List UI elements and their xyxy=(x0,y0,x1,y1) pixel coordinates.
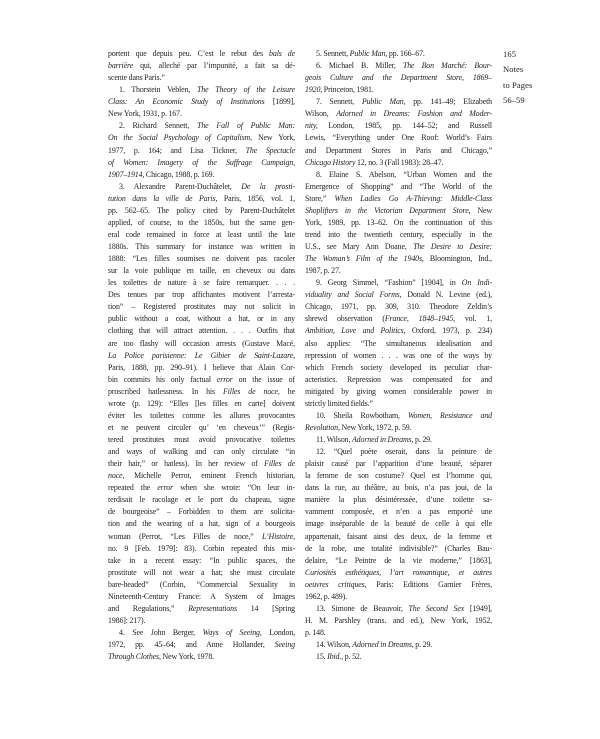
note-text-line: 13. Simone de Beauvoir, The Second Sex [… xyxy=(305,603,492,615)
note-text-line: bin commits his only factual error on th… xyxy=(108,374,295,386)
notes-column-right: 5. Sennett, Public Man, pp. 166–67.6. Mi… xyxy=(305,48,492,663)
note-text-line: Chicago, 1971, pp. 309, 310. Theodore Ze… xyxy=(305,301,492,313)
note-text-line: proscribed hatlessness. In his Filles de… xyxy=(108,386,295,398)
note-text-line: tution dans la ville de Paris, Paris, 18… xyxy=(108,193,295,205)
note-text-line: applied, of course, to the 1850s, but th… xyxy=(108,217,295,229)
book-page: portent que depuis peu. C’est le rebut d… xyxy=(0,0,600,739)
note-text-line: bare-headed” (Corbin, “Commercial Sexual… xyxy=(108,579,295,591)
page-number: 165 xyxy=(503,47,573,62)
note-text-line: et ne peuvent circuler qu’ ‘en cheveux’”… xyxy=(108,422,295,434)
note-text-line: woman (Perrot, “Les Filles de noce,” L’H… xyxy=(108,531,295,543)
note-text-line: tion and the wearing of a hat, sign of a… xyxy=(108,518,295,530)
note-text-line: vamment composée, et n’en a pas emporté … xyxy=(305,506,492,518)
note-text-line: appartenait, faisant ainsi des deux, de … xyxy=(305,531,492,543)
note-text-line: la femme de son costume? Quel est l’homm… xyxy=(305,470,492,482)
note-text-line: Ambition, Love and Politics, Oxford, 197… xyxy=(305,325,492,337)
running-head-line: Notes xyxy=(503,62,573,77)
note-text-line: sur la voie publique en taille, en cheve… xyxy=(108,265,295,277)
note-text-line: 1907–1914, Chicago, 1988, p. 169. xyxy=(108,169,295,181)
note-text-line: 10. Sheila Rowbotham, Women, Resistance … xyxy=(305,410,492,422)
note-text-line: 6. Michael B. Miller, The Bon Marché: Bo… xyxy=(305,60,492,72)
note-text-line: 1977, p. 164; and Lisa Tickner, The Spec… xyxy=(108,145,295,157)
running-head-line: 56–59 xyxy=(503,93,573,108)
note-text-line: 3. Alexandre Parent-Duchâtelet, De la pr… xyxy=(108,181,295,193)
note-text-line: manière la plus désintéressée, d’une toi… xyxy=(305,494,492,506)
note-text-line: acteristics. Repression was compensated … xyxy=(305,374,492,386)
note-text-line: tered prostitutes must avoid provocative… xyxy=(108,434,295,446)
note-text-line: 1880s. This summary for instance was wri… xyxy=(108,241,295,253)
note-text-line: 1986]: 217). xyxy=(108,615,295,627)
note-text-line: public without a coat, without a hat, or… xyxy=(108,313,295,325)
note-text-line: 15. Ibid., p. 52. xyxy=(305,651,492,663)
note-text-line: image inséparable de la beauté de celle … xyxy=(305,518,492,530)
note-text-line: and Regulations,” Representations 14 [Sp… xyxy=(108,603,295,615)
note-text-line: de la robe, une totalité indivisible?” (… xyxy=(305,543,492,555)
note-text-line: and Department Stores in Paris and Chica… xyxy=(305,145,492,157)
note-text-line: Nineteenth-Century France: A System of I… xyxy=(108,591,295,603)
note-text-line: Des tenues par trop affichantes motivent… xyxy=(108,289,295,301)
note-text-line: of Women: Imagery of the Suffrage Campai… xyxy=(108,157,295,169)
note-text-line: 14. Wilson, Adorned in Dreams, p. 29. xyxy=(305,639,492,651)
note-text-line: prostitute will not wear a hat; she must… xyxy=(108,567,295,579)
note-text-line: take in a recent essay: “In public space… xyxy=(108,555,295,567)
note-text-line: oeuvres critiques, Paris: Editions Garni… xyxy=(305,579,492,591)
note-text-line: Store,” When Ladies Go A-Thieving: Middl… xyxy=(305,193,492,205)
note-text-line: 1920, Princeton, 1981. xyxy=(305,84,492,96)
note-text-line: geois Culture and the Department Store, … xyxy=(305,72,492,84)
note-text-line: repression of women . . . was one of the… xyxy=(305,350,492,362)
note-text-line: their hair,” or hatless). In her review … xyxy=(108,458,295,470)
note-text-line: Chicago History 12, no. 3 (Fall 1983): 2… xyxy=(305,157,492,169)
note-text-line: 1. Thorstein Veblen, The Theory of the L… xyxy=(108,84,295,96)
note-text-line: Revolution, New York, 1972, p. 59. xyxy=(305,422,492,434)
note-text-line: barrière qui, alleché par l’impunité, a … xyxy=(108,60,295,72)
note-text-line: plaisir causé par l’apparition d’une bea… xyxy=(305,458,492,470)
note-text-line: also applies: “The simultaneous idealisa… xyxy=(305,338,492,350)
note-text-line: portent que depuis peu. C’est le rebut d… xyxy=(108,48,295,60)
note-text-line: dans la rue, au théâtre, au bois, n’a pa… xyxy=(305,482,492,494)
note-text-line: Wilson, Adorned in Dreams: Fashion and M… xyxy=(305,108,492,120)
note-text-line: La Police parisienne: Le Gibier de Saint… xyxy=(108,350,295,362)
note-text-line: les toilettes de nature à se faire remar… xyxy=(108,277,295,289)
note-text-line: Through Clothes, New York, 1978. xyxy=(108,651,295,663)
note-text-line: Lewis, “Everything under One Roof: World… xyxy=(305,132,492,144)
note-text-line: noce, Michelle Perrot, eminent French hi… xyxy=(108,470,295,482)
note-text-line: 7. Sennett, Public Man, pp. 141–49; Eliz… xyxy=(305,96,492,108)
note-text-line: tion” – Registered prostitutes may not s… xyxy=(108,301,295,313)
note-text-line: 1888: “Les filles soumises ne doivent pa… xyxy=(108,253,295,265)
note-text-line: nity, London, 1985, pp. 144–52; and Russ… xyxy=(305,120,492,132)
note-text-line: 11. Wilson, Adorned in Dreams, p. 29. xyxy=(305,434,492,446)
note-text-line: 12. “Quel poète oserait, dans la peintur… xyxy=(305,446,492,458)
note-text-line: and ways of walking and can only circula… xyxy=(108,446,295,458)
running-head-line: to Pages xyxy=(503,78,573,93)
note-text-line: 1962, p. 489). xyxy=(305,591,492,603)
note-text-line: 8. Elaine S. Abelson, “Urban Women and t… xyxy=(305,169,492,181)
note-text-line: pp. 562–65. The policy cited by Parent-D… xyxy=(108,205,295,217)
note-text-line: delaire, “Le Peintre de la vie moderne,”… xyxy=(305,555,492,567)
note-text-line: shrewd observation (France, 1848–1945, v… xyxy=(305,313,492,325)
note-text-line: repeated the error when she wrote: “On l… xyxy=(108,482,295,494)
note-text-line: York, 1989, pp. 13–62. On the continuati… xyxy=(305,217,492,229)
note-text-line: The Woman’s Film of the 1940s, Bloomingt… xyxy=(305,253,492,265)
note-text-line: 1972, pp. 45–64; and Anne Hollander, See… xyxy=(108,639,295,651)
note-text-line: eral code remained in force at least unt… xyxy=(108,229,295,241)
note-text-line: Paris, 1888, pp. 290–91). I believe that… xyxy=(108,362,295,374)
note-text-line: scente dans Paris.” xyxy=(108,72,295,84)
note-text-line: 5. Sennett, Public Man, pp. 166–67. xyxy=(305,48,492,60)
note-text-line: Class: An Economic Study of Institutions… xyxy=(108,96,295,108)
note-text-line: wrote (p. 129): “Elles [les filles en ca… xyxy=(108,398,295,410)
note-text-line: strictly limited fields.” xyxy=(305,398,492,410)
note-text-line: no. 9 [Feb. 1979]: 83). Corbin repeated … xyxy=(108,543,295,555)
note-text-line: Curiosités esthétiques, l’art romantique… xyxy=(305,567,492,579)
note-text-line: viduality and Social Forms, Donald N. Le… xyxy=(305,289,492,301)
note-text-line: 9. Georg Simmel, “Fashion” [1904], in On… xyxy=(305,277,492,289)
note-text-line: p. 148. xyxy=(305,627,492,639)
note-text-line: are too flashy will occasion arrests (Gu… xyxy=(108,338,295,350)
note-text-line: which French society developed its pecul… xyxy=(305,362,492,374)
note-text-line: On the Social Psychology of Capitalism, … xyxy=(108,132,295,144)
note-text-line: mitigated by giving women considerable p… xyxy=(305,386,492,398)
note-text-line: New York, 1931, p. 167. xyxy=(108,108,295,120)
note-text-line: H. M. Parshley (trans. and ed.), New Yor… xyxy=(305,615,492,627)
note-text-line: Shoplifters in the Victorian Department … xyxy=(305,205,492,217)
notes-column-left: portent que depuis peu. C’est le rebut d… xyxy=(108,48,295,663)
note-text-line: clothing that will attract attention. . … xyxy=(108,325,295,337)
note-text-line: terdisait le racolage et le port du chap… xyxy=(108,494,295,506)
note-text-line: U.S., see Mary Ann Doane, The Desire to … xyxy=(305,241,492,253)
note-text-line: 1987, p. 27. xyxy=(305,265,492,277)
note-text-line: éviter les toilettes comme les allures p… xyxy=(108,410,295,422)
note-text-line: trend into the twentieth century, especi… xyxy=(305,229,492,241)
note-text-line: 4. See John Berger, Ways of Seeing, Lond… xyxy=(108,627,295,639)
note-text-line: de bourgeoise” – Forbidden to them are s… xyxy=(108,506,295,518)
note-text-line: 2. Richard Sennett, The Fall of Public M… xyxy=(108,120,295,132)
note-text-line: Emergence of Shopping” and “The World of… xyxy=(305,181,492,193)
running-head: 165 Notes to Pages 56–59 xyxy=(503,47,573,108)
